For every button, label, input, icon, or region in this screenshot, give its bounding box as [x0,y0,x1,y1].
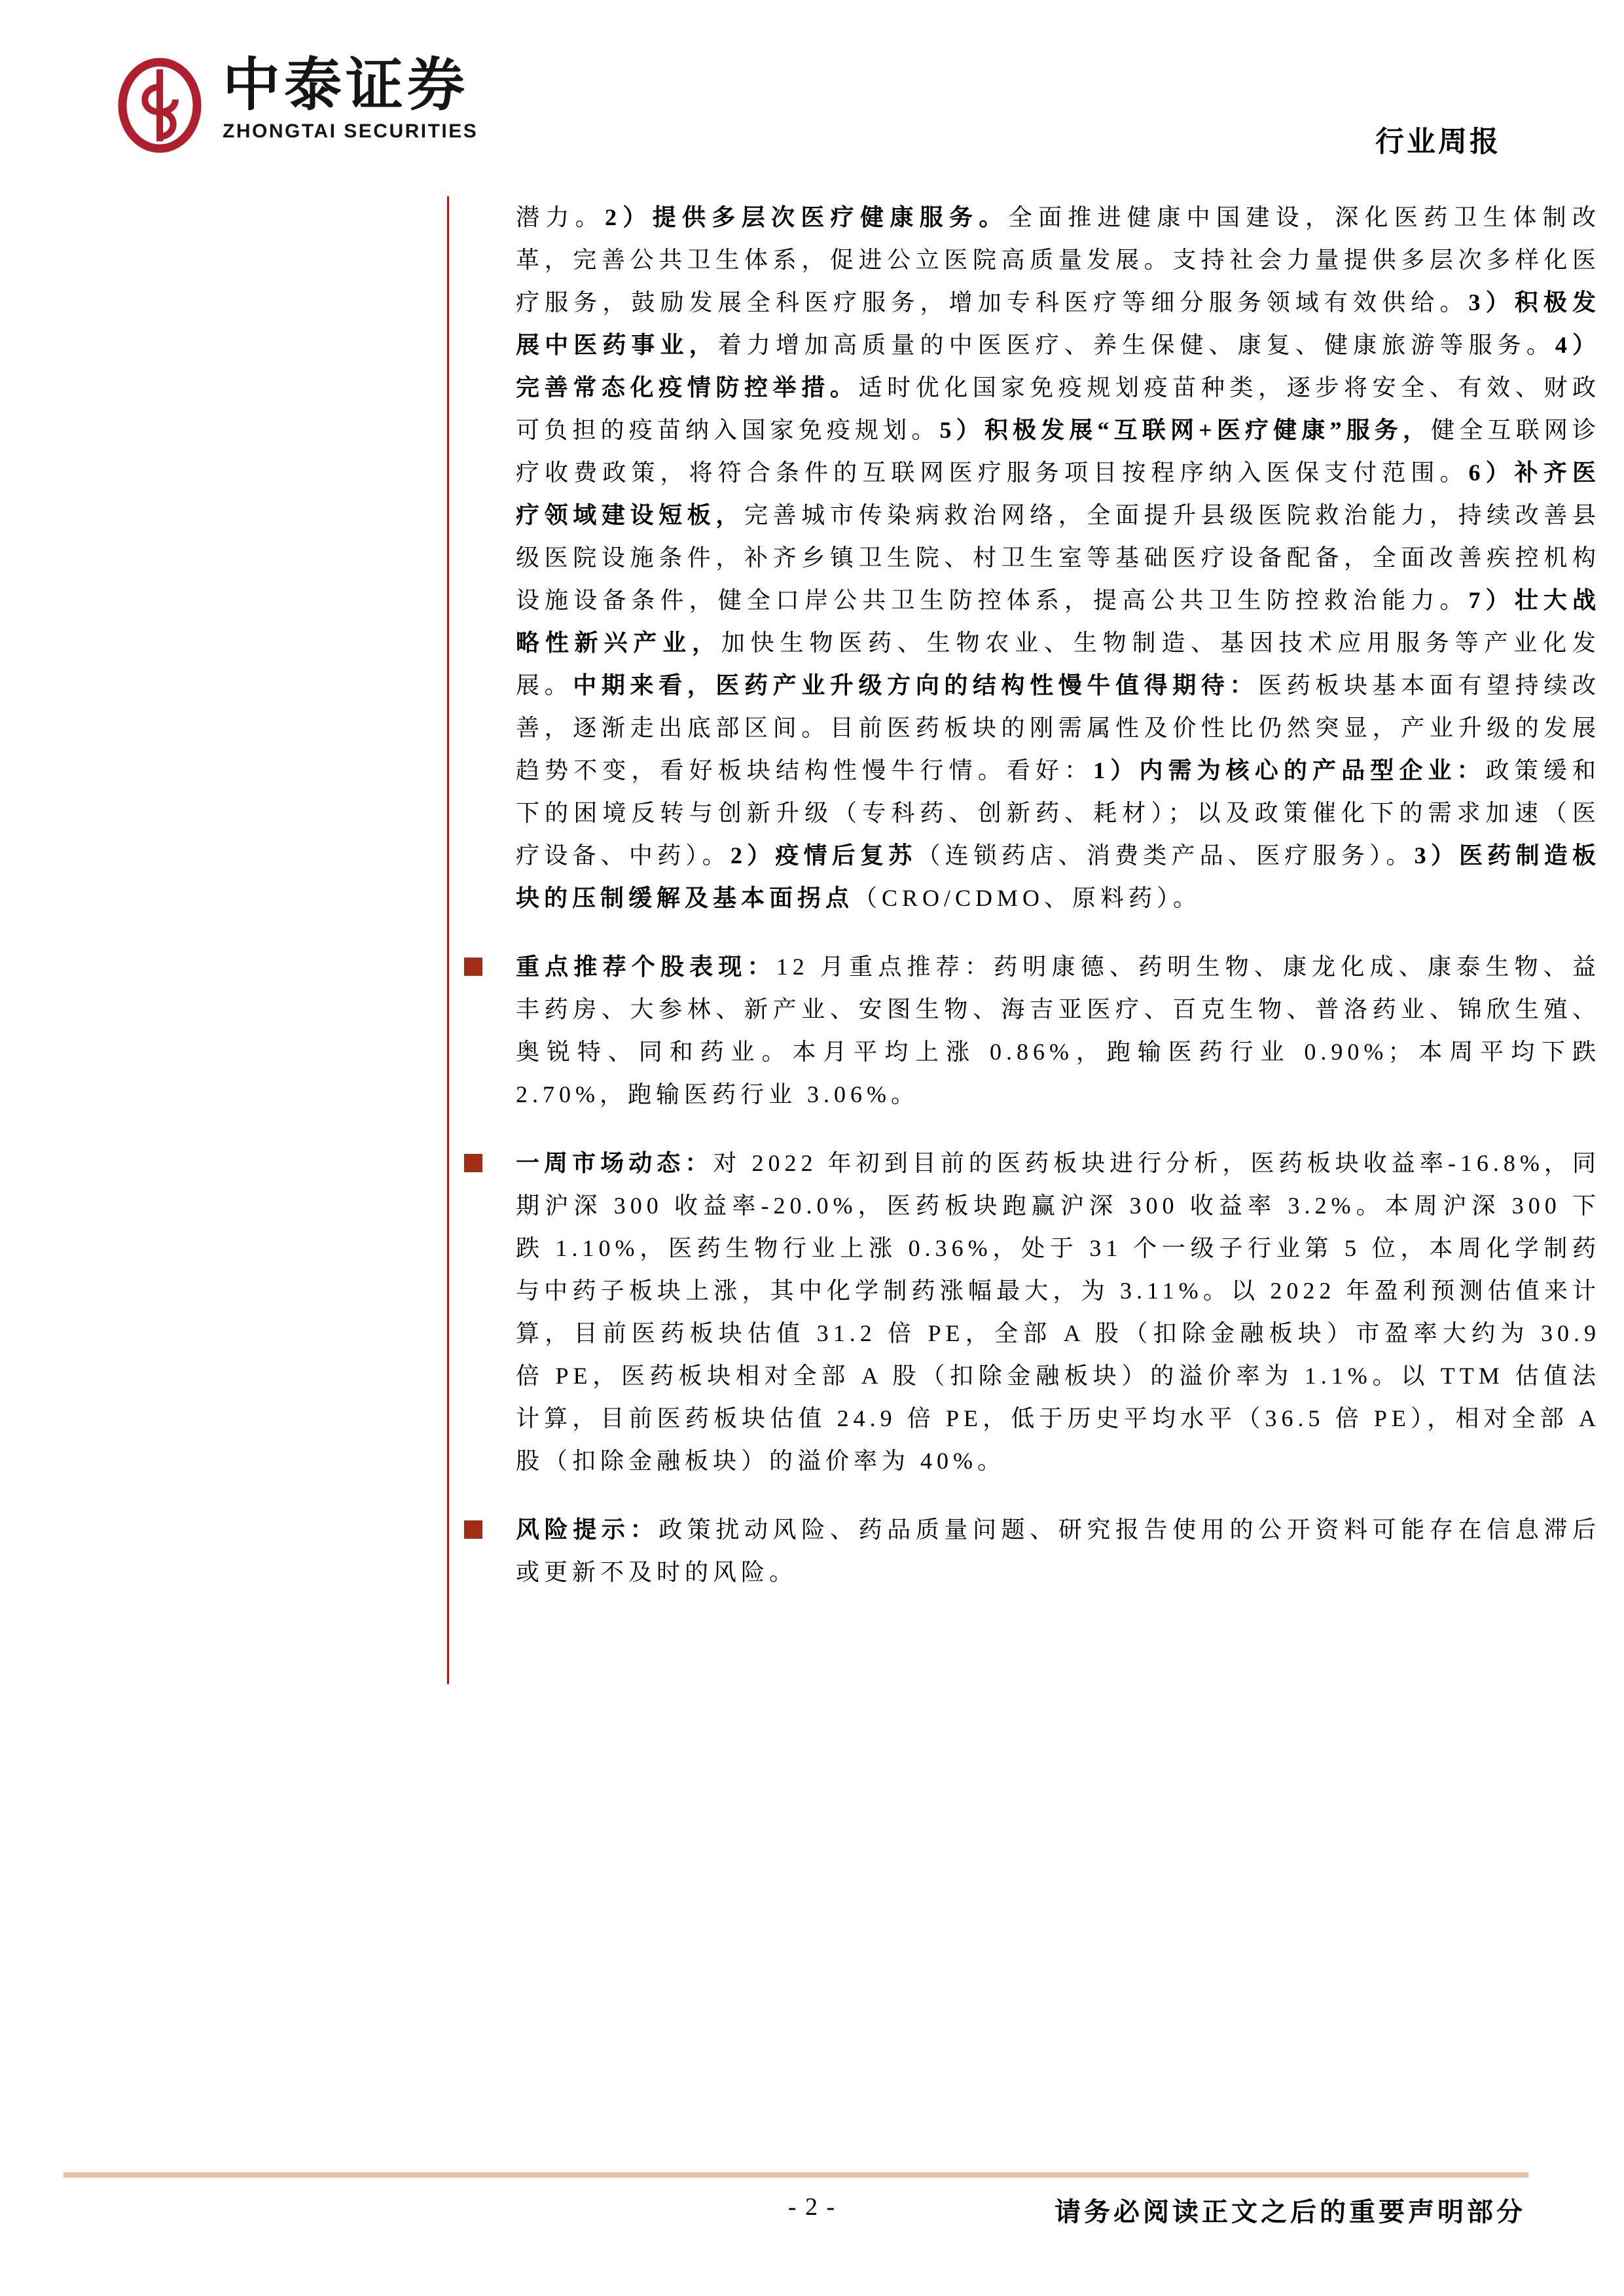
bullet-square-icon [464,1154,482,1172]
body-text: （CRO/CDMO、原料药）。 [854,885,1201,911]
body-text: 着力增加高质量的中医医疗、养生保健、康复、健康旅游等服务。 [718,332,1555,358]
risk-warning-paragraph: 风险提示：政策扰动风险、药品质量问题、研究报告使用的公开资料可能存在信息滞后或更… [516,1509,1600,1594]
emphasis-text: 2）提供多层次医疗健康服务。 [605,204,1009,230]
footer-disclaimer: 请务必阅读正文之后的重要声明部分 [1055,2191,1526,2229]
bullet-square-icon [464,958,482,976]
body-text: （连锁药店、消费类产品、医疗服务）。 [916,842,1414,869]
bullet-square-icon [464,1520,482,1539]
body-text: 政策扰动风险、药品质量问题、研究报告使用的公开资料可能存在信息滞后或更新不及时的… [516,1516,1600,1585]
summary-continuation-paragraph: 潜力。2）提供多层次医疗健康服务。全面推进健康中国建设，深化医药卫生体制改革，完… [516,196,1600,920]
logo-cn-label: 中泰证券 [223,56,478,114]
logo-text: 中泰证券 ZHONGTAI SECURITIES [223,56,478,141]
logo-en-label: ZHONGTAI SECURITIES [223,122,478,141]
report-type-label: 行业周报 [1375,118,1501,160]
emphasis-text: 中期来看，医药产业升级方向的结构性慢牛值得期待： [573,672,1258,698]
emphasis-text: 一周市场动态： [516,1150,713,1176]
footer-divider [63,2172,1528,2178]
summary-left-rule [447,196,449,1684]
body-text: 潜力。 [516,204,605,230]
emphasis-text: 5）积极发展“互联网+医疗健康”服务， [939,417,1431,443]
emphasis-text: 2）疫情后复苏 [731,842,917,869]
emphasis-text: 重点推荐个股表现： [516,954,776,980]
body-text: 对 2022 年初到目前的医药板块进行分析，医药板块收益率-16.8%，同期沪深… [516,1150,1600,1474]
report-page: 中泰证券 ZHONGTAI SECURITIES 行业周报 潜力。2）提供多层次… [0,0,1624,2296]
zhongtai-logo: 中泰证券 ZHONGTAI SECURITIES [117,56,478,154]
key-stocks-paragraph: 重点推荐个股表现：12 月重点推荐：药明康德、药明生物、康龙化成、康泰生物、益丰… [516,946,1600,1116]
report-body: 潜力。2）提供多层次医疗健康服务。全面推进健康中国建设，深化医药卫生体制改革，完… [516,196,1600,1594]
emphasis-text: 风险提示： [516,1516,659,1543]
emphasis-text: 1）内需为核心的产品型企业： [1093,757,1486,783]
zhongtai-emblem-icon [117,56,203,154]
weekly-market-paragraph: 一周市场动态：对 2022 年初到目前的医药板块进行分析，医药板块收益率-16.… [516,1142,1600,1482]
